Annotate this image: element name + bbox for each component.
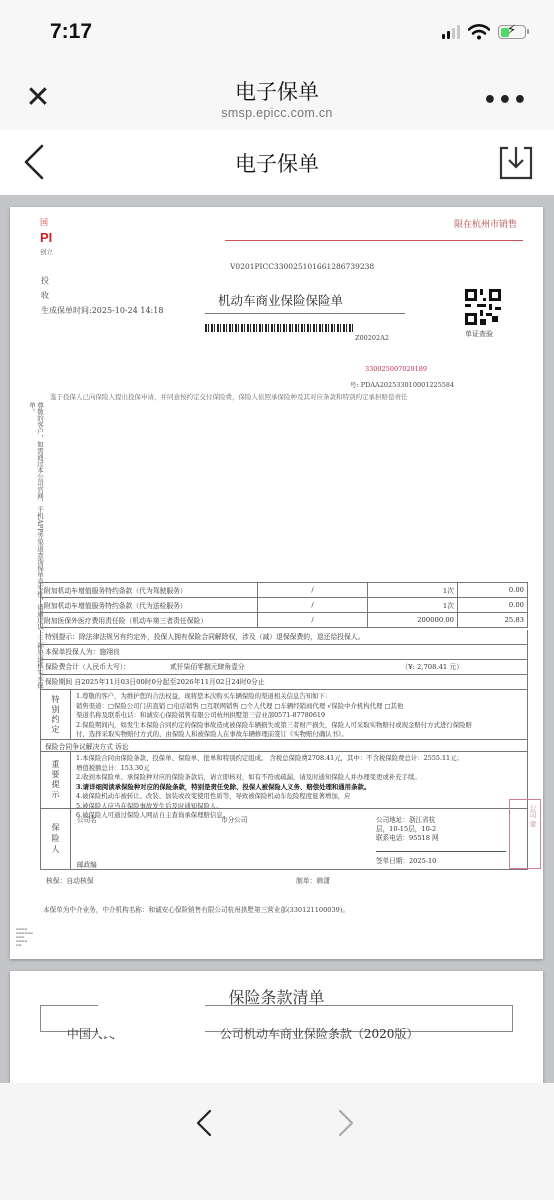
company-name-label: 公司名 bbox=[77, 814, 97, 824]
prepared-by-label: 制单：韩潇 bbox=[296, 875, 330, 885]
coverage-sum: / bbox=[258, 598, 368, 613]
dispute-row: 保险合同争议解决方式 诉讼 bbox=[40, 740, 528, 752]
premium-total-words: 贰仟柒佰零捌元肆角壹分 bbox=[170, 662, 245, 672]
status-icons: ⚡ bbox=[442, 24, 526, 40]
premium-total-number: （¥: 2,708.41 元） bbox=[401, 662, 463, 672]
postal-code-label: 邮政编 bbox=[77, 859, 97, 869]
header-divider bbox=[225, 240, 523, 241]
document-title: 机动车商业保险保险单 bbox=[218, 291, 343, 309]
chevron-right-icon[interactable] bbox=[330, 1105, 360, 1141]
browser-url: smsp.epicc.com.cn bbox=[0, 106, 554, 120]
status-bar: 7:17 ⚡ bbox=[0, 0, 554, 66]
page-header: 电子保单 bbox=[0, 130, 554, 195]
browser-title: 电子保单 bbox=[0, 76, 554, 106]
generated-time: 生成保单时间:2025-10-24 14:18 bbox=[41, 305, 163, 316]
clause-item-right: 公司机动车商业保险条款（2020版） bbox=[220, 1027, 419, 1041]
redaction-block bbox=[98, 1001, 205, 1036]
notice-line: 3.请详细阅读承保险种对应的保险条款，特别是责任免除、投保人被保险人义务、赔偿处… bbox=[76, 783, 522, 793]
coverage-limit: 1次 bbox=[368, 598, 458, 613]
page-title: 电子保单 bbox=[0, 148, 554, 178]
notice-line: 销售渠道：□保险公司门店直销 □电话销售 □互联网销售 □个人代理 □车辆经销商… bbox=[76, 702, 522, 712]
company-branch: 市分公司 bbox=[221, 814, 247, 824]
table-row: 附加机动车增值服务特约条款（代为送检服务）/1次0.00 bbox=[41, 598, 528, 613]
qr-code bbox=[465, 289, 501, 325]
coverage-premium: 0.00 bbox=[458, 583, 528, 598]
coverage-premium: 0.00 bbox=[458, 598, 528, 613]
insurer-block: 保险人 公司名 市分公司 邮政编 公司地址：浙江省杭 层，10-15层，10-2… bbox=[40, 808, 528, 870]
table-row: 附加医保外医疗费用责任险（机动车第三者责任保险）/200000.0025.83 bbox=[41, 613, 528, 628]
battery-charging-icon: ⚡ bbox=[498, 25, 526, 39]
qr-label: 单证查验 bbox=[465, 329, 493, 339]
premium-total-row: 保险费合计（人民币大写）： 贰仟柒佰零捌元肆角壹分 （¥: 2,708.41 元… bbox=[40, 660, 528, 675]
cellular-signal-icon bbox=[442, 25, 460, 39]
intermediary-note: 本保单为中介业务，中介机构名称：和诚安心保险销售有限公司杭州拱墅第三营业部(33… bbox=[43, 904, 349, 914]
insured-row: 本保单投保人为：施翊良 bbox=[40, 645, 528, 660]
company-logo-text: 国 bbox=[40, 217, 48, 228]
premium-total-label: 保险费合计（人民币大写）： bbox=[45, 662, 130, 672]
red-serial-number: 330025007029189 bbox=[365, 365, 427, 373]
important-notice-label: 重要提示 bbox=[41, 752, 71, 808]
issue-date: 签单日期：2025-10 bbox=[376, 851, 506, 865]
notice-line: 2.收到本保险单、承保险种对应的保险条款后，请立即核对，如有不符或疏漏，请及时通… bbox=[76, 773, 522, 783]
company-logo: PI bbox=[40, 230, 52, 245]
notice-line: 渠道名称及联系电话：和诚安心保险销售有限公司杭州拱墅第三营业部0571-8778… bbox=[76, 711, 522, 721]
notice-line: 4.被保险机动车被转让、改装、加装或改变使用性质等，导致被保险机动车危险程度显著… bbox=[76, 792, 522, 802]
policy-page: 国 PI 创立 限在杭州市销售 V0201PICC330025101661286… bbox=[10, 207, 543, 959]
clause-list-page: 保险条款清单 中国人民公司机动车商业保险条款（2020版） bbox=[10, 971, 543, 1083]
sales-area-label: 限在杭州市销售 bbox=[454, 217, 517, 230]
notice-row: 特别提示：除法律法规另有约定外，投保人拥有保险合同解除权，涉及（减）退保保费的，… bbox=[40, 630, 528, 645]
important-notice-block: 重要提示 1.本保险合同由保险条款、投保单、保险单、批单和特别约定组成。 含税总… bbox=[40, 752, 528, 808]
barcode bbox=[205, 324, 355, 332]
policy-number: 号: PDAA202533010001225584 bbox=[350, 380, 454, 389]
notice-line: 2.保险期间内，如发生本保险合同约定的保险事故造成被保险车辆损失或第三者财产损失… bbox=[76, 721, 522, 731]
document-viewer[interactable]: 国 PI 创立 限在杭州市销售 V0201PICC330025101661286… bbox=[0, 195, 554, 1083]
company-stamp: 公司 章 bbox=[509, 799, 541, 869]
download-button[interactable] bbox=[498, 145, 534, 181]
coverage-sum: / bbox=[258, 583, 368, 598]
policy-number-suffix: Z00202A2 bbox=[355, 334, 389, 342]
underwriting-label: 核保：自动核保 bbox=[46, 875, 94, 885]
important-notice-content: 1.本保险合同由保险条款、投保单、保险单、批单和特别约定组成。 含税总保险费27… bbox=[71, 752, 527, 808]
special-terms-content: 1.尊敬的客户，为维护您的合法权益，现将您本次购买车辆保险的渠道相关信息告知如下… bbox=[71, 690, 527, 739]
period-row: 保险期间 自2025年11月03日00时0分起至2026年11月02日24时0分… bbox=[40, 675, 528, 690]
verification-code: V0201PICC330025101661286739238 bbox=[230, 262, 374, 271]
status-time: 7:17 bbox=[50, 20, 92, 44]
intro-paragraph: 鉴于投保人已向保险人提出投保申请，并同意按约定交付保险费，保险人依照承保险种及其… bbox=[50, 392, 510, 401]
coverage-limit: 1次 bbox=[368, 583, 458, 598]
print-marks: ▬▬▬▬▬▬▬▬▬▬▬▬▬▬▬▬▬▬▬ bbox=[16, 927, 46, 952]
notice-line: 付，选择采取实物赔付方式的，由保险人和被保险人在事故车辆修理前签订《实物赔付确认… bbox=[76, 730, 522, 740]
notice-line: 1.尊敬的客户，为维护您的合法权益，现将您本次购买车辆保险的渠道相关信息告知如下… bbox=[76, 692, 522, 702]
browser-bar: ✕ 电子保单 smsp.epicc.com.cn ••• bbox=[0, 66, 554, 130]
notice-line: 1.本保险合同由保险条款、投保单、保险单、批单和特别约定组成。 含税总保险费27… bbox=[76, 754, 522, 764]
coverage-sum: / bbox=[258, 613, 368, 628]
table-row: 附加机动车增值服务特约条款（代为驾驶服务）/1次0.00 bbox=[41, 583, 528, 598]
insurer-label: 保险人 bbox=[41, 809, 71, 869]
coverage-limit: 200000.00 bbox=[368, 613, 458, 628]
receipt-label: 收 bbox=[41, 290, 49, 301]
bottom-navigation bbox=[0, 1083, 554, 1200]
wifi-icon bbox=[468, 24, 490, 40]
chevron-left-icon[interactable] bbox=[190, 1105, 220, 1141]
special-terms-label: 特别约定 bbox=[41, 690, 71, 739]
coverage-name: 附加医保外医疗费用责任险（机动车第三者责任保险） bbox=[41, 613, 258, 628]
more-icon[interactable]: ••• bbox=[483, 88, 528, 113]
company-logo-subtitle: 创立 bbox=[40, 247, 53, 256]
notice-line: 增值税额总计：153.30元 bbox=[76, 764, 522, 774]
special-terms-block: 特别约定 1.尊敬的客户，为维护您的合法权益，现将您本次购买车辆保险的渠道相关信… bbox=[40, 690, 528, 740]
coverage-table: 附加机动车增值服务特约条款（代为驾驶服务）/1次0.00附加机动车增值服务特约条… bbox=[40, 582, 528, 628]
coverage-name: 附加机动车增值服务特约条款（代为驾驶服务） bbox=[41, 583, 258, 598]
company-phone: 联系电话：95518 网 bbox=[376, 832, 439, 842]
coverage-name: 附加机动车增值服务特约条款（代为送检服务） bbox=[41, 598, 258, 613]
applicant-label: 投 bbox=[41, 275, 49, 286]
coverage-premium: 25.83 bbox=[458, 613, 528, 628]
title-divider bbox=[205, 313, 405, 314]
